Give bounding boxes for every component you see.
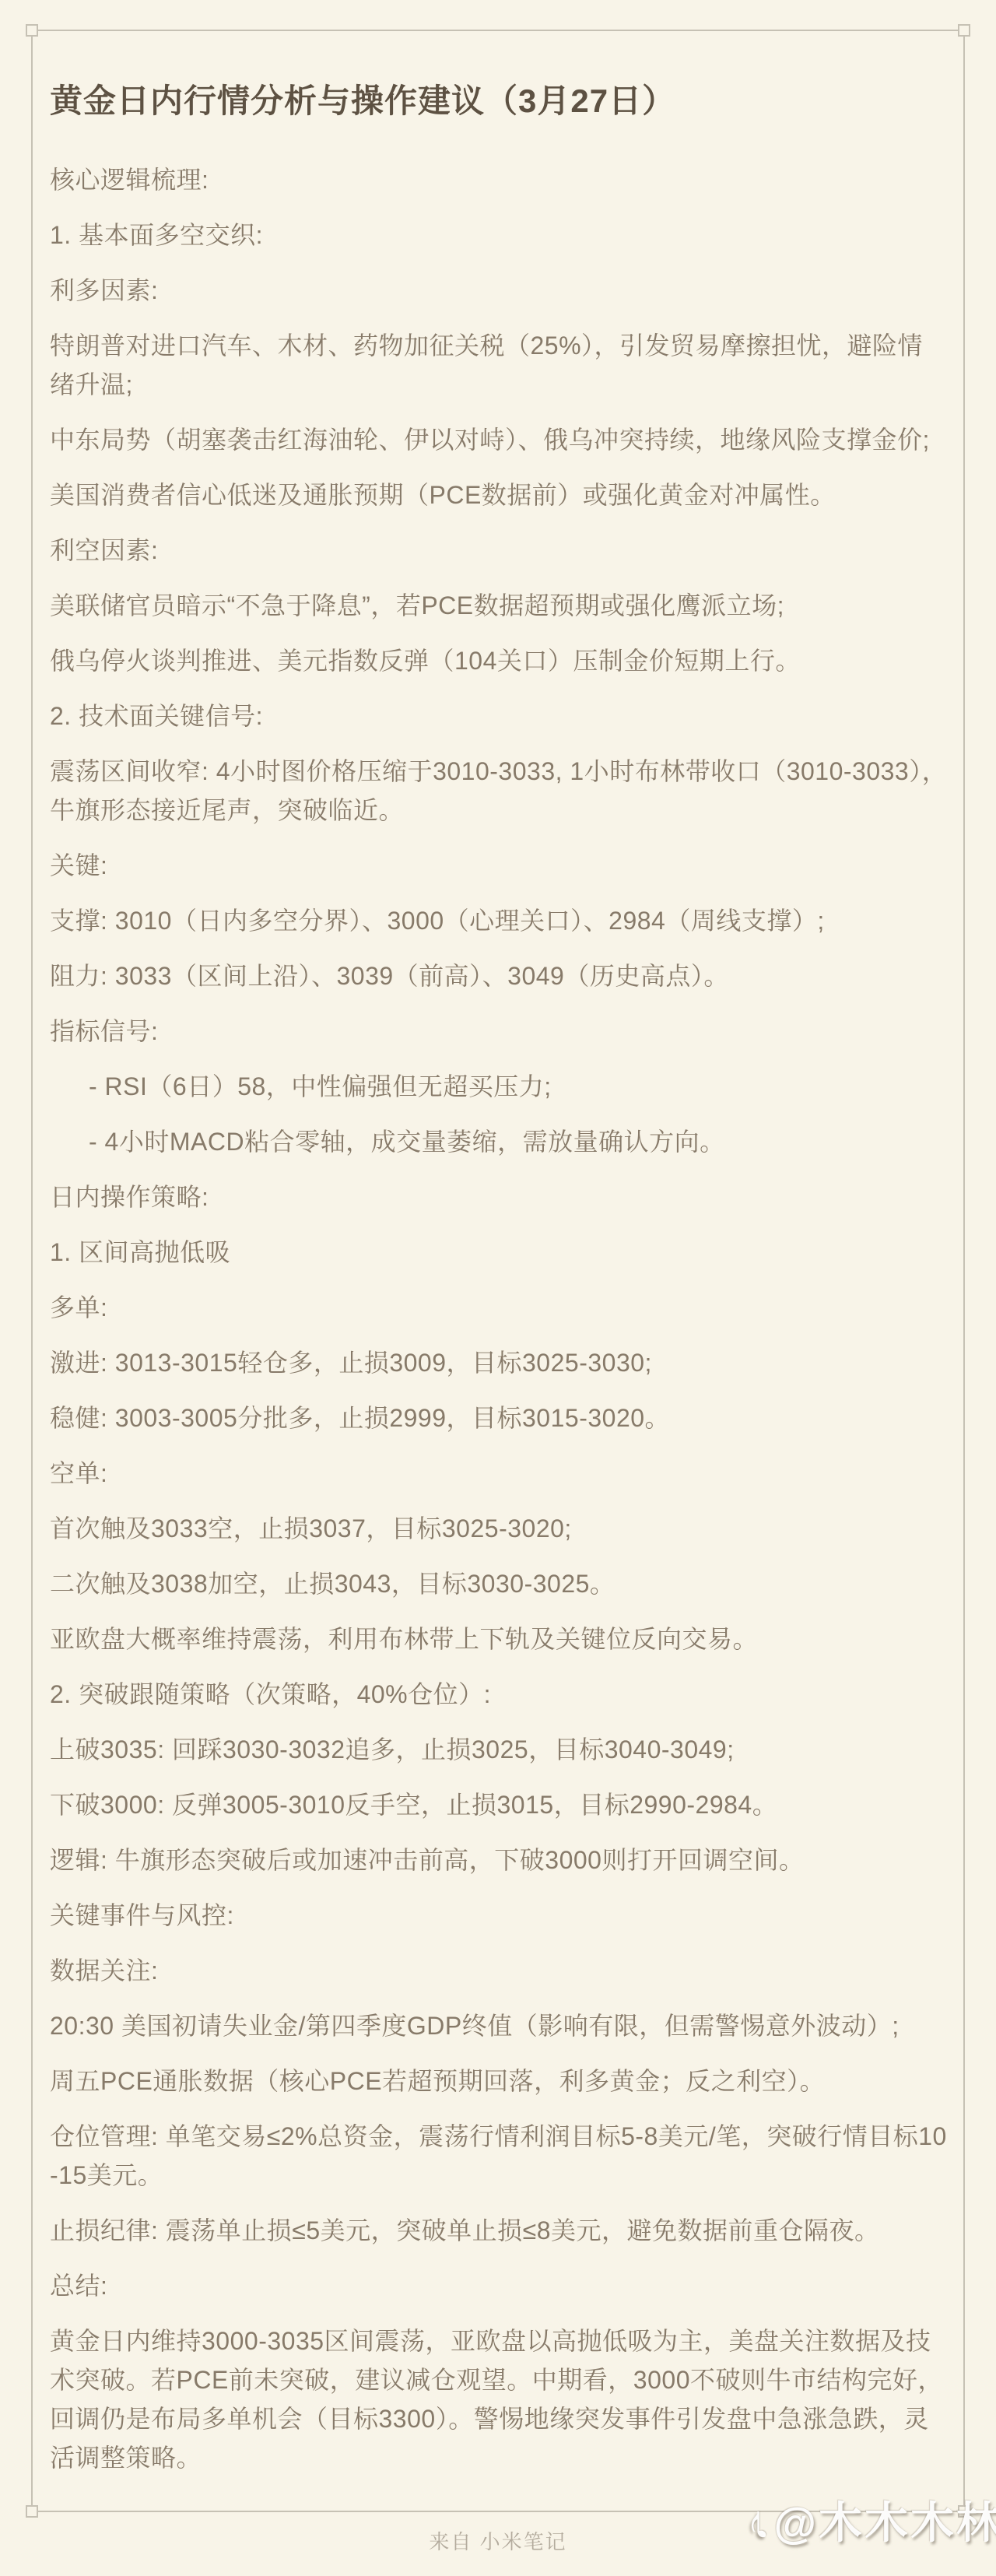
frame-corner-top-left [26, 24, 38, 37]
note-paragraph: 20:30 美国初请失业金/第四季度GDP终值（影响有限，但需警惕意外波动）; [50, 2006, 948, 2045]
note-paragraph: 关键事件与风控: [50, 1896, 948, 1935]
note-paragraph: 1. 区间高抛低吸 [50, 1233, 948, 1272]
note-paragraph: 仓位管理: 单笔交易≤2%总资金，震荡行情利润目标5-8美元/笔，突破行情目标1… [50, 2117, 948, 2195]
note-title: 黄金日内行情分析与操作建议（3月27日） [50, 81, 948, 121]
note-paragraph: 稳健: 3003-3005分批多，止损2999，目标3015-3020。 [50, 1399, 948, 1437]
note-bullet: - 4小时MACD粘合零轴，成交量萎缩，需放量确认方向。 [50, 1122, 948, 1161]
note-paragraph: 中东局势（胡塞袭击红海油轮、伊以对峙）、俄乌冲突持续，地缘风险支撑金价; [50, 420, 948, 459]
note-paragraph: 激进: 3013-3015轻仓多，止损3009，目标3025-3030; [50, 1343, 948, 1382]
note-paragraph: 指标信号: [50, 1012, 948, 1051]
frame-corner-bottom-left [26, 2505, 38, 2518]
note-paragraph: 数据关注: [50, 1951, 948, 1990]
note-paragraph: 核心逻辑梳理: [50, 160, 948, 199]
note-paragraph: 下破3000: 反弹3005-3010反手空，止损3015，目标2990-298… [50, 1785, 948, 1824]
watermark-handle: @木木木林 [773, 2498, 996, 2547]
note-paragraph: 利空因素: [50, 531, 948, 570]
note-paragraph: 利多因素: [50, 271, 948, 310]
note-paragraph: 俄乌停火谈判推进、美元指数反弹（104关口）压制金价短期上行。 [50, 641, 948, 680]
note-paragraph: 首次触及3033空，止损3037，目标3025-3020; [50, 1509, 948, 1548]
note-paragraph: 逻辑: 牛旗形态突破后或加速冲击前高，下破3000则打开回调空间。 [50, 1841, 948, 1879]
note-paragraph: 震荡区间收窄: 4小时图价格压缩于3010-3033, 1小时布林带收口（301… [50, 752, 948, 830]
note-paragraph: 关键: [50, 846, 948, 885]
frame-corner-top-right [958, 24, 970, 37]
note-paragraph: 支撑: 3010（日内多空分界）、3000（心理关口）、2984（周线支撑）; [50, 901, 948, 940]
note-paragraph: 二次触及3038加空，止损3043，目标3030-3025。 [50, 1564, 948, 1603]
note-paragraph: 日内操作策略: [50, 1177, 948, 1216]
note-paragraph: 多单: [50, 1288, 948, 1327]
note-paragraph: 美国消费者信心低迷及通胀预期（PCE数据前）或强化黄金对冲属性。 [50, 476, 948, 514]
note-paragraph: 止损纪律: 震荡单止损≤5美元，突破单止损≤8美元，避免数据前重仓隔夜。 [50, 2211, 948, 2250]
note-paragraph: 黄金日内维持3000-3035区间震荡，亚欧盘以高抛低吸为主，美盘关注数据及技术… [50, 2322, 948, 2477]
note-paragraph: 周五PCE通胀数据（核心PCE若超预期回落，利多黄金；反之利空）。 [50, 2062, 948, 2100]
note-paragraph: 特朗普对进口汽车、木材、药物加征关税（25%），引发贸易摩擦担忧，避险情绪升温; [50, 326, 948, 404]
note-paragraph: 美联储官员暗示“不急于降息”，若PCE数据超预期或强化鹰派立场; [50, 586, 948, 625]
musical-note-icon: ♪ [745, 2495, 770, 2549]
note-paragraph: 2. 技术面关键信号: [50, 697, 948, 735]
note-page: 黄金日内行情分析与操作建议（3月27日） 核心逻辑梳理: 1. 基本面多空交织:… [0, 0, 996, 2576]
note-paragraph: 上破3035: 回踩3030-3032追多，止损3025，目标3040-3049… [50, 1730, 948, 1769]
watermark: ♪@木木木林 [745, 2489, 996, 2551]
note-paragraph: 2. 突破跟随策略（次策略，40%仓位）: [50, 1675, 948, 1714]
note-paragraph: 阻力: 3033（区间上沿）、3039（前高）、3049（历史高点）。 [50, 956, 948, 995]
note-bullet: - RSI（6日）58，中性偏强但无超买压力; [50, 1067, 948, 1106]
note-body: 黄金日内行情分析与操作建议（3月27日） 核心逻辑梳理: 1. 基本面多空交织:… [50, 81, 948, 2494]
note-paragraph: 总结: [50, 2266, 948, 2305]
note-paragraph: 亚欧盘大概率维持震荡，利用布林带上下轨及关键位反向交易。 [50, 1620, 948, 1658]
note-paragraph: 1. 基本面多空交织: [50, 216, 948, 254]
note-paragraph: 空单: [50, 1454, 948, 1493]
